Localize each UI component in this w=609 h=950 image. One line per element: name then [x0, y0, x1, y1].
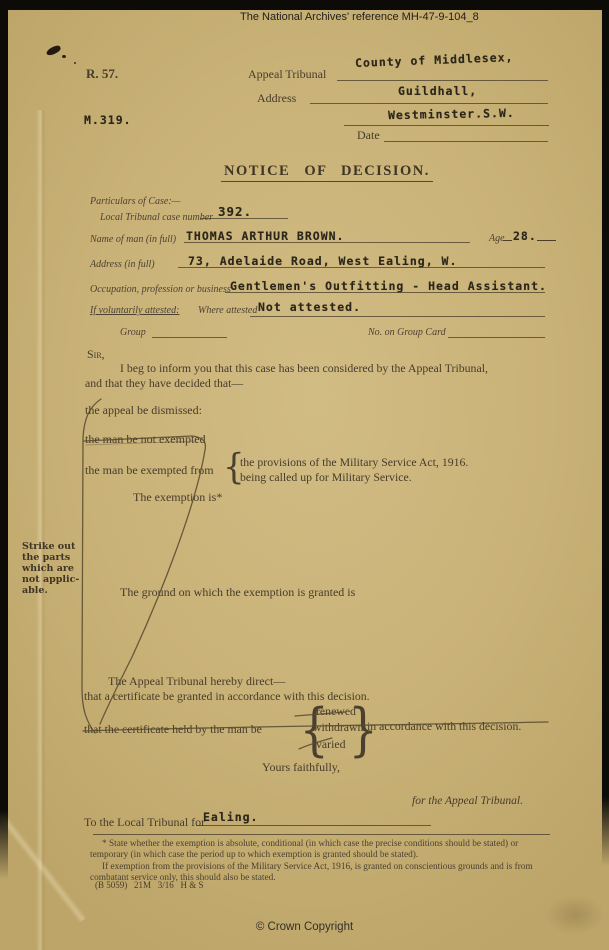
- option-not-exempted: the man be not exempted: [85, 432, 206, 447]
- occupation-rule: [225, 292, 545, 293]
- address-value-line2: Westminster.S.W.: [388, 106, 515, 122]
- header-rule-3: [344, 125, 549, 126]
- to-local-value: Ealing.: [203, 810, 258, 824]
- group-card-label: No. on Group Card: [368, 327, 446, 338]
- ink-speck: [62, 55, 66, 58]
- group-label: Group: [120, 327, 146, 338]
- footnote-1: * State whether the exemption is absolut…: [90, 839, 556, 861]
- name-value: THOMAS ARTHUR BROWN.: [186, 229, 344, 243]
- name-rule: [184, 242, 470, 243]
- appeal-tribunal-label: Appeal Tribunal: [248, 67, 326, 82]
- occupation-label: Occupation, profession or business: [90, 284, 231, 295]
- closing: Yours faithfully,: [262, 760, 340, 775]
- document-page: The National Archives' reference MH-47-9…: [0, 0, 609, 950]
- case-number-label: Local Tribunal case number: [100, 212, 213, 223]
- age-dash-2: [537, 240, 556, 241]
- ink-dot: [74, 62, 76, 64]
- archive-reference: The National Archives' reference MH-47-9…: [240, 11, 479, 23]
- attested-label: If voluntarily attested:: [90, 305, 179, 316]
- group-card-rule: [448, 337, 545, 338]
- scan-border-right: [602, 0, 609, 866]
- option-exempted-prefix: the man be exempted from: [85, 463, 214, 478]
- option-dismissed: the appeal be dismissed:: [85, 403, 202, 418]
- scan-border-left: [0, 0, 8, 880]
- footnote-separator: [93, 834, 550, 835]
- address-full-value: 73, Adelaide Road, West Ealing, W.: [188, 254, 457, 268]
- option-exempted-b: being called up for Military Service.: [240, 470, 412, 485]
- address-full-label: Address (in full): [90, 259, 155, 270]
- direct-line-2-prefix: that the certificate held by the man be: [84, 722, 262, 737]
- attested-value: Not attested.: [258, 300, 361, 314]
- direct-option-varied: varied: [316, 737, 345, 752]
- occupation-value: Gentlemen's Outfitting - Head Assistant.: [230, 279, 547, 293]
- margin-note: Strike out the parts which are not appli…: [22, 541, 88, 596]
- page-title: NOTICE OF DECISION.: [221, 163, 433, 182]
- date-label: Date: [357, 128, 380, 143]
- address-value-line1: Guildhall,: [398, 84, 477, 98]
- attested-rule: [250, 316, 545, 317]
- header-rule-1: [337, 80, 548, 81]
- to-local-rule: [196, 825, 431, 826]
- case-number-value: 392.: [218, 204, 252, 219]
- address-label: Address: [257, 91, 296, 106]
- header-rule-2: [310, 103, 548, 104]
- crown-copyright: © Crown Copyright: [0, 921, 609, 933]
- case-number-rule: [200, 218, 288, 219]
- to-local-label: To the Local Tribunal for: [84, 815, 205, 830]
- form-code: M.319.: [84, 113, 132, 127]
- intro-line-2: and that they have decided that—: [85, 376, 243, 391]
- ground-line: The ground on which the exemption is gra…: [120, 585, 355, 600]
- scan-border-top: [0, 0, 609, 10]
- direct-heading: The Appeal Tribunal hereby direct—: [108, 674, 285, 689]
- name-label: Name of man (in full): [90, 234, 176, 245]
- intro-line-1: I beg to inform you that this case has b…: [120, 361, 488, 376]
- age-value: 28.: [513, 229, 537, 243]
- group-rule: [152, 337, 227, 338]
- form-number: R. 57.: [86, 66, 118, 82]
- print-code: (B 5059) 21M 3/16 H & S: [95, 880, 204, 890]
- direct-line-2-suffix: in accordance with this decision.: [367, 719, 521, 734]
- where-attested-label: Where attested: [198, 305, 257, 316]
- option-exempted-a: the provisions of the Military Service A…: [240, 455, 468, 470]
- for-tribunal: for the Appeal Tribunal.: [412, 795, 523, 807]
- particulars-label: Particulars of Case:—: [90, 196, 181, 207]
- date-rule: [384, 141, 548, 142]
- paper-crease-vertical: [36, 110, 46, 950]
- address-full-rule: [178, 267, 545, 268]
- age-label: Age: [489, 233, 505, 244]
- age-dash-1: [503, 240, 512, 241]
- salutation: Sir,: [87, 347, 105, 362]
- exemption-is-line: The exemption is*: [133, 490, 222, 505]
